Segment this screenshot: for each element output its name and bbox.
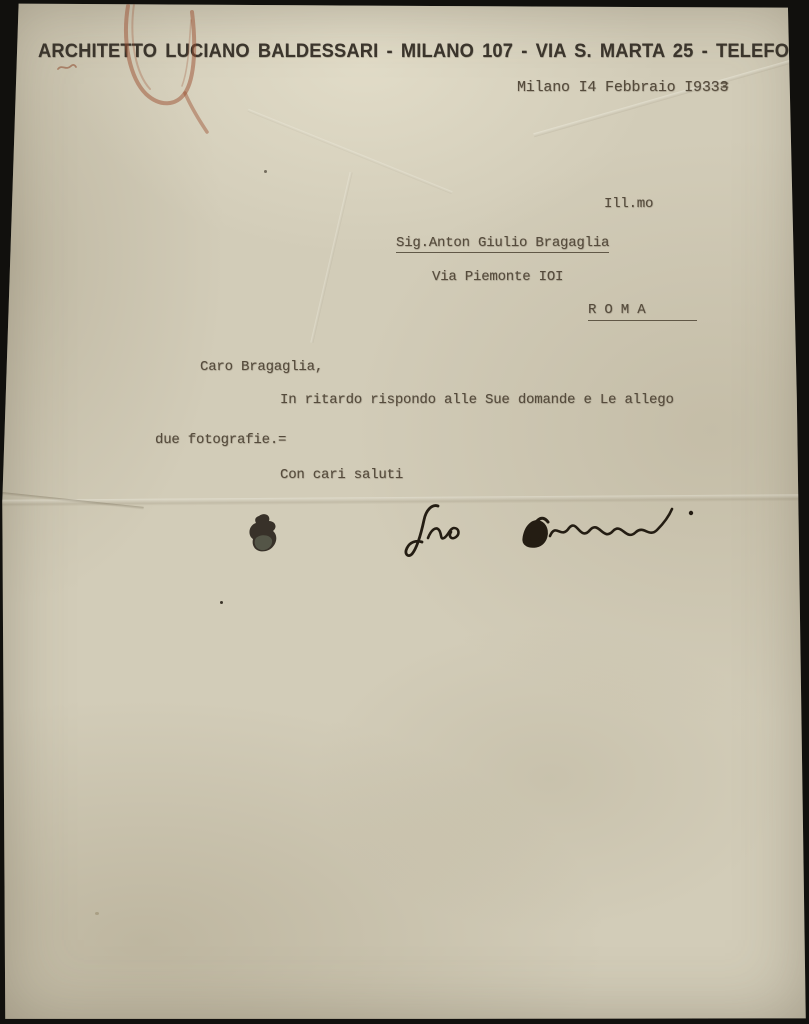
paper-speck [95,912,99,915]
body-line-2: due fotografie.= [155,432,286,448]
body-salutation: Caro Bragaglia, [200,359,323,375]
ink-blot-icon [244,512,282,558]
paper-speck [220,601,223,604]
date-line: Milano I4 Febbraio I9333= [517,79,728,96]
crease-left-edge [0,491,144,510]
small-rust-mark-icon [56,60,78,74]
crease-recipient-area [310,172,352,343]
date-text: Milano I4 Febbraio I933 [517,79,719,96]
recipient-name: Sig.Anton Giulio Bragaglia [396,235,609,253]
date-overstrike: 3= [719,79,728,96]
paperclip-rust-stain-icon [112,0,216,142]
paper-speck [264,170,267,173]
body-closing: Con cari saluti [280,467,403,483]
scan-border: ARCHITETTO LUCIANO BALDESSARI - MILANO 1… [0,0,809,1024]
handwritten-signature [398,496,708,568]
recipient-city: R O M A [588,302,697,321]
scanned-letter-screenshot: { "scan": { "border_color": "#11100d", "… [0,0,809,1024]
recipient-street: Via Piemonte IOI [432,269,563,285]
crease-top-middle [247,109,452,194]
letter-paper: ARCHITETTO LUCIANO BALDESSARI - MILANO 1… [0,0,809,1024]
recipient-honorific: Ill.mo [604,196,653,212]
body-line-1: In ritardo rispondo alle Sue domande e L… [280,392,674,408]
